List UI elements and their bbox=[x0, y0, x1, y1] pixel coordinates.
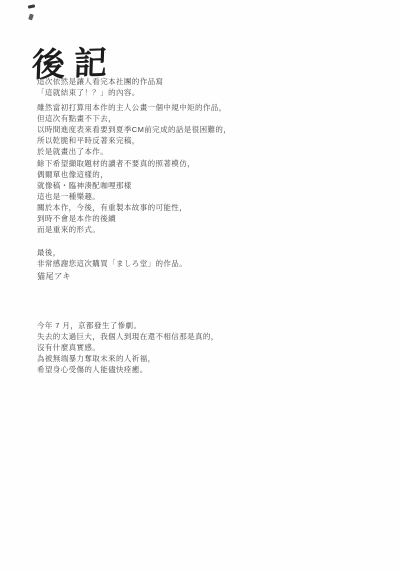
afterword-line: 雖然當初打算用本作的主人公畫一個中規中矩的作品， bbox=[37, 103, 227, 113]
afterword-line: 到時不會是本作的後續 bbox=[37, 214, 116, 224]
afterword-line: 為被無端暴力奪取未來的人祈福， bbox=[37, 354, 156, 364]
afterword-line: 就像稿・臨神湊配咖哩那樣 bbox=[37, 181, 132, 191]
afterword-line: 沒有什麼真實感。 bbox=[37, 343, 100, 353]
scan-mark bbox=[28, 14, 34, 21]
afterword-line: 於是就畫出了本作。 bbox=[37, 147, 108, 157]
afterword-line: 非常感謝您這次購買「ましろ堂」的作品。 bbox=[37, 259, 187, 269]
afterword-line: 這也是一種樂趣。 bbox=[37, 192, 100, 202]
afterword-line: 「這就結束了！？」的內容。 bbox=[37, 88, 140, 98]
afterword-line: 餘下希望擷取題材的讀者不要真的照著模仿， bbox=[37, 159, 195, 169]
scan-mark bbox=[28, 4, 35, 8]
afterword-line: 但這次有點畫不下去， bbox=[37, 114, 116, 124]
afterword-line: 所以乾脆和平時反著來完稿， bbox=[37, 136, 140, 146]
afterword-line: 以時間進度表來看要到夏季CM前完成的話是很困難的， bbox=[37, 125, 231, 135]
afterword-page: 後記 這次依然是讓人看完本社團的作品寫 「這就結束了！？」的內容。 雖然當初打算… bbox=[0, 0, 400, 571]
afterword-line: 而是重來的形式。 bbox=[37, 225, 100, 235]
afterword-line: 關於本作，今後，有重製本故事的可能性， bbox=[37, 203, 187, 213]
afterword-line: 偶爾單也像這樣的， bbox=[37, 170, 108, 180]
afterword-line: 希望身心受傷的人能儘快痊癒。 bbox=[37, 365, 148, 375]
afterword-line: 失去的太過巨大，我個人到現在還不相信那是真的， bbox=[37, 332, 219, 342]
afterword-line: 今年 7 月，京都發生了慘劇。 bbox=[37, 321, 141, 331]
afterword-line: 這次依然是讓人看完本社團的作品寫 bbox=[37, 77, 163, 87]
afterword-line: 最後， bbox=[37, 248, 61, 258]
author-signature: 猫尾アキ bbox=[37, 272, 71, 282]
